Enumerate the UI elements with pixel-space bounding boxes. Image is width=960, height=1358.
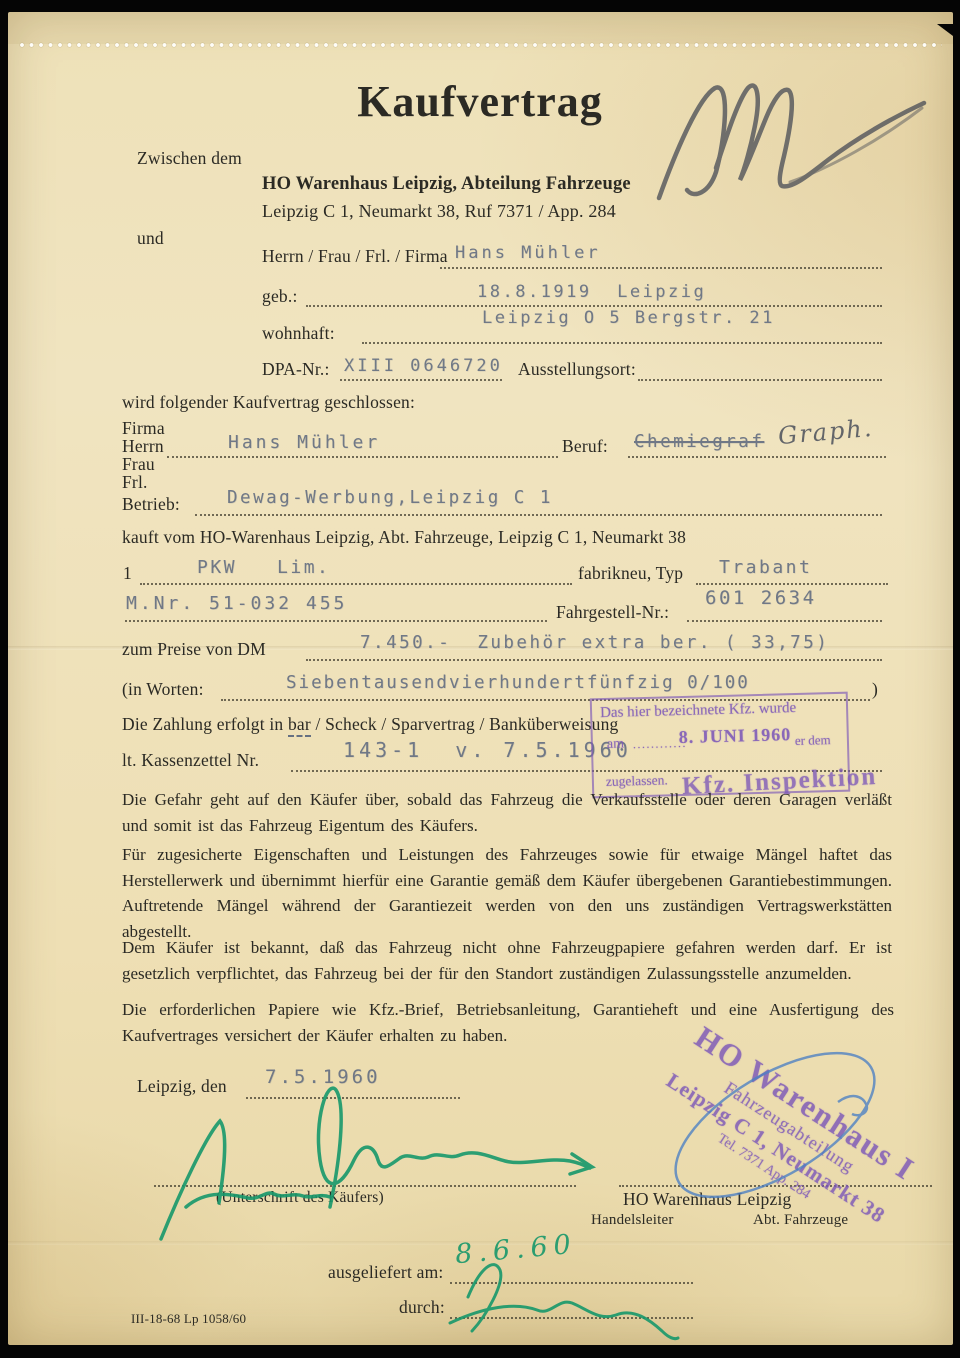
dpa-label: DPA-Nr.:	[262, 359, 330, 380]
price-label: zum Preise von DM	[122, 639, 266, 660]
beruf-typed-value: Chemiegraf	[634, 432, 764, 452]
dotted-line	[450, 1279, 693, 1284]
clause-warranty: Für zugesicherte Eigenschaften und Leist…	[122, 842, 892, 944]
seller-role-left: Handelsleiter	[591, 1212, 674, 1229]
motor-no-value: M.Nr. 51-032 455	[126, 593, 347, 614]
payment-prefix: Die Zahlung erfolgt in	[122, 714, 288, 734]
seller-name: HO Warenhaus Leipzig, Abteilung Fahrzeug…	[262, 174, 631, 195]
payment-cash-underlined: bar	[288, 714, 311, 737]
contract-intro: wird folgender Kaufvertrag geschlossen:	[122, 392, 415, 413]
receipt-label: lt. Kassenzettel Nr.	[122, 750, 259, 771]
born-label: geb.:	[262, 286, 298, 307]
dotted-line	[687, 617, 882, 622]
stamp-date: 8. JUNI 1960	[679, 724, 792, 748]
betrieb-label: Betrieb:	[122, 494, 180, 515]
dotted-line	[450, 1314, 693, 1319]
clause-documents-received: Die erforderlichen Papiere wie Kfz.-Brie…	[122, 997, 894, 1048]
perforation-line	[18, 40, 942, 50]
beruf-label: Beruf:	[562, 436, 608, 457]
price-value: 7.450.- Zubehör extra ber. ( 33,75)	[360, 633, 829, 653]
place-date-label: Leipzig, den	[137, 1076, 227, 1097]
torn-corner	[937, 24, 953, 36]
words-value: Siebentausendvierhundertfünfzig 0/100	[286, 673, 750, 693]
quantity: 1	[123, 563, 132, 584]
chassis-label: Fahrgestell-Nr.:	[556, 602, 669, 623]
dotted-line	[696, 580, 888, 585]
stamp-after-date: er dem	[795, 732, 831, 749]
words-label: (in Worten:	[122, 679, 204, 700]
scanned-document: Kaufvertrag Zwischen dem HO Warenhaus Le…	[0, 0, 960, 1358]
type-value: Trabant	[719, 557, 812, 578]
document-title: Kaufvertrag	[0, 76, 960, 127]
dotted-line	[340, 376, 502, 381]
party-name-value: Hans Mühler	[228, 432, 380, 453]
clause-risk: Die Gefahr geht auf den Käufer über, sob…	[122, 787, 892, 838]
fabrikneu-label: fabrikneu, Typ	[578, 563, 683, 584]
words-close: )	[872, 679, 878, 700]
party-label-frl: Frl.	[122, 472, 148, 493]
dotted-line	[638, 376, 882, 381]
dotted-line	[246, 1094, 460, 1099]
dpa-value: XIII 0646720	[344, 356, 503, 376]
stamp-am-label: am	[607, 737, 625, 753]
dotted-line	[306, 656, 882, 661]
dotted-line	[195, 511, 882, 516]
buyer-signature-line	[154, 1182, 576, 1187]
buyer-name-label: Herrn / Frau / Frl. / Firma	[262, 246, 448, 267]
payment-suffix: / Scheck / Sparvertrag / Banküberweisung	[311, 714, 619, 734]
between-label: Zwischen dem	[137, 148, 242, 169]
residence-label: wohnhaft:	[262, 323, 335, 344]
and-label: und	[137, 228, 164, 249]
residence-value: Leipzig O 5 Bergstr. 21	[482, 308, 775, 328]
seller-address: Leipzig C 1, Neumarkt 38, Ruf 7371 / App…	[262, 201, 616, 222]
dotted-line	[140, 580, 572, 585]
kauft-line: kauft vom HO-Warenhaus Leipzig, Abt. Fah…	[122, 527, 686, 548]
delivered-label: ausgeliefert am:	[328, 1262, 443, 1283]
chassis-value: 601 2634	[705, 587, 817, 609]
delivered-by-label: durch:	[399, 1297, 445, 1318]
payment-line: Die Zahlung erfolgt in bar / Scheck / Sp…	[122, 714, 618, 735]
betrieb-value: Dewag-Werbung,Leipzig C 1	[227, 488, 553, 508]
dotted-line	[167, 453, 558, 458]
form-number: III-18-68 Lp 1058/60	[131, 1311, 246, 1327]
buyer-name-value: Hans Mühler	[455, 243, 601, 263]
stamp-line1: Das hier bezeichnete Kfz. wurde	[600, 700, 797, 722]
issue-place-label: Ausstellungsort:	[518, 359, 636, 380]
dotted-line	[628, 453, 886, 458]
clause-papers-required: Dem Käufer ist bekannt, daß das Fahrzeug…	[122, 935, 892, 986]
sign-date-value: 7.5.1960	[265, 1066, 381, 1088]
dotted-line	[362, 339, 882, 344]
dotted-line	[440, 264, 882, 269]
dotted-line	[306, 302, 882, 307]
buyer-signature-caption: (Unterschrift des Käufers)	[216, 1189, 384, 1207]
receipt-value: 143-1 v. 7.5.1960	[343, 738, 632, 762]
dotted-line	[125, 617, 547, 622]
vehicle-value: PKW Lim.	[197, 557, 330, 578]
born-value: 18.8.1919 Leipzig	[477, 282, 706, 302]
